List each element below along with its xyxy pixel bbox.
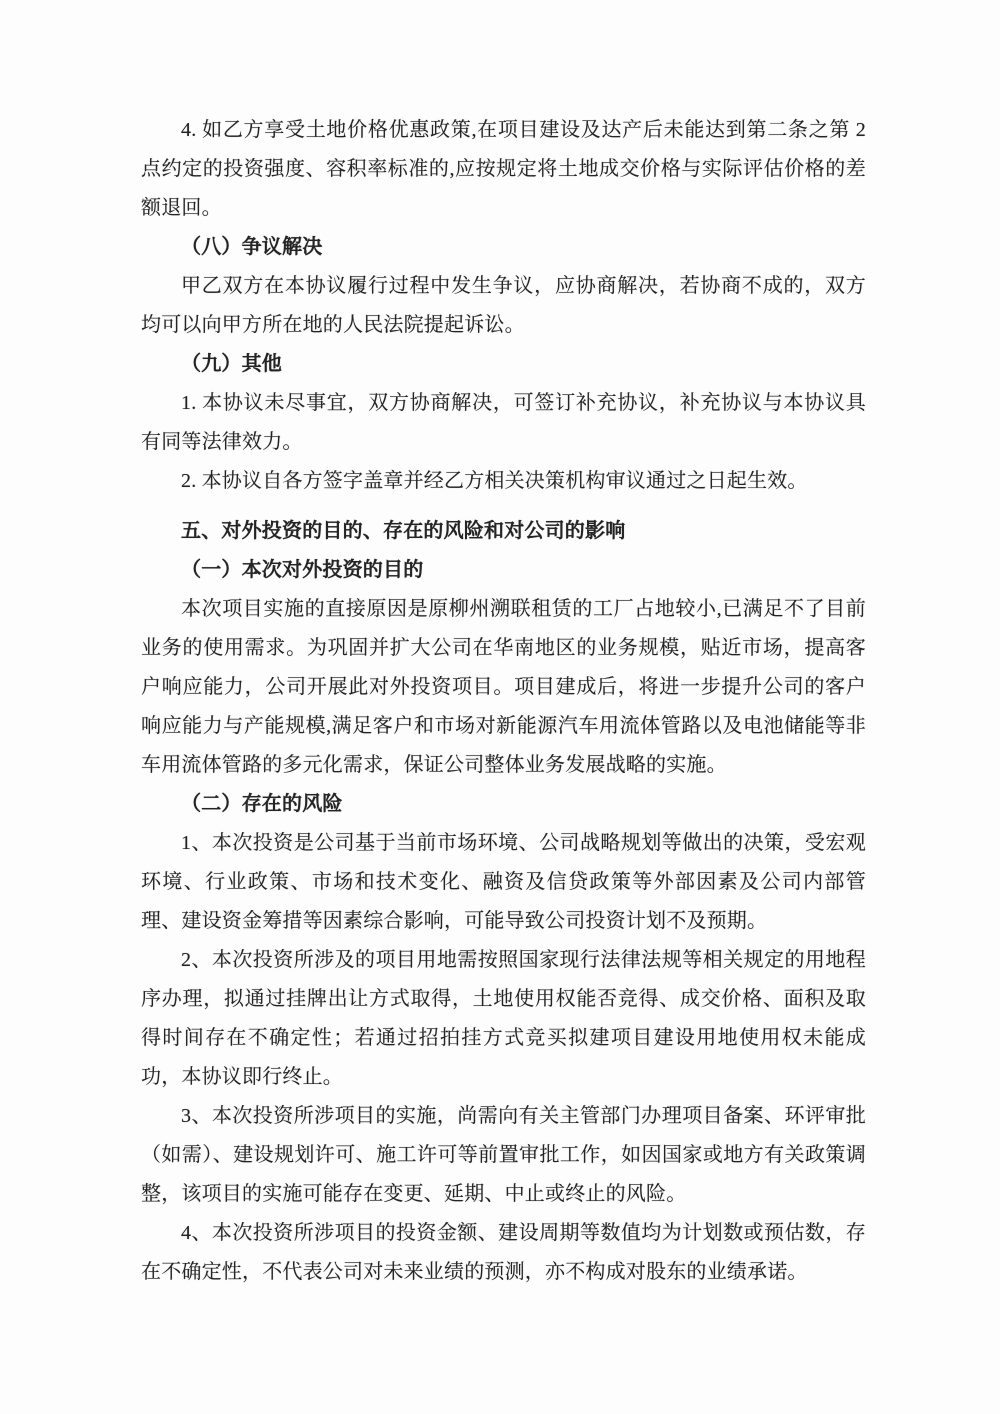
section-heading: （二）存在的风险 [141, 785, 866, 824]
paragraph: 1. 本协议未尽事宜，双方协商解决，可签订补充协议，补充协议与本协议具有同等法律… [141, 384, 866, 462]
paragraph: 本次项目实施的直接原因是原柳州溯联租赁的工厂占地较小,已满足不了目前业务的使用需… [141, 590, 866, 785]
paragraph: 甲乙双方在本协议履行过程中发生争议，应协商解决，若协商不成的，双方均可以向甲方所… [141, 267, 866, 345]
section-heading: 五、对外投资的目的、存在的风险和对公司的影响 [141, 512, 866, 551]
section-heading: （九）其他 [141, 345, 866, 384]
paragraph: 4、本次投资所涉项目的投资金额、建设周期等数值均为计划数或预估数，存在不确定性，… [141, 1214, 866, 1292]
section-heading: （八）争议解决 [141, 228, 866, 267]
paragraph: 4. 如乙方享受土地价格优惠政策,在项目建设及达产后未能达到第二条之第 2 点约… [141, 111, 866, 228]
paragraph: 2. 本协议自各方签字盖章并经乙方相关决策机构审议通过之日起生效。 [141, 462, 866, 501]
section-heading: （一）本次对外投资的目的 [141, 551, 866, 590]
paragraph: 3、本次投资所涉项目的实施，尚需向有关主管部门办理项目备案、环评审批（如需）、建… [141, 1097, 866, 1214]
paragraph: 1、本次投资是公司基于当前市场环境、公司战略规划等做出的决策，受宏观环境、行业政… [141, 824, 866, 941]
paragraph: 2、本次投资所涉及的项目用地需按照国家现行法律法规等相关规定的用地程序办理，拟通… [141, 941, 866, 1097]
document-page: 4. 如乙方享受土地价格优惠政策,在项目建设及达产后未能达到第二条之第 2 点约… [0, 0, 1000, 1414]
document-body: 4. 如乙方享受土地价格优惠政策,在项目建设及达产后未能达到第二条之第 2 点约… [141, 111, 866, 1292]
